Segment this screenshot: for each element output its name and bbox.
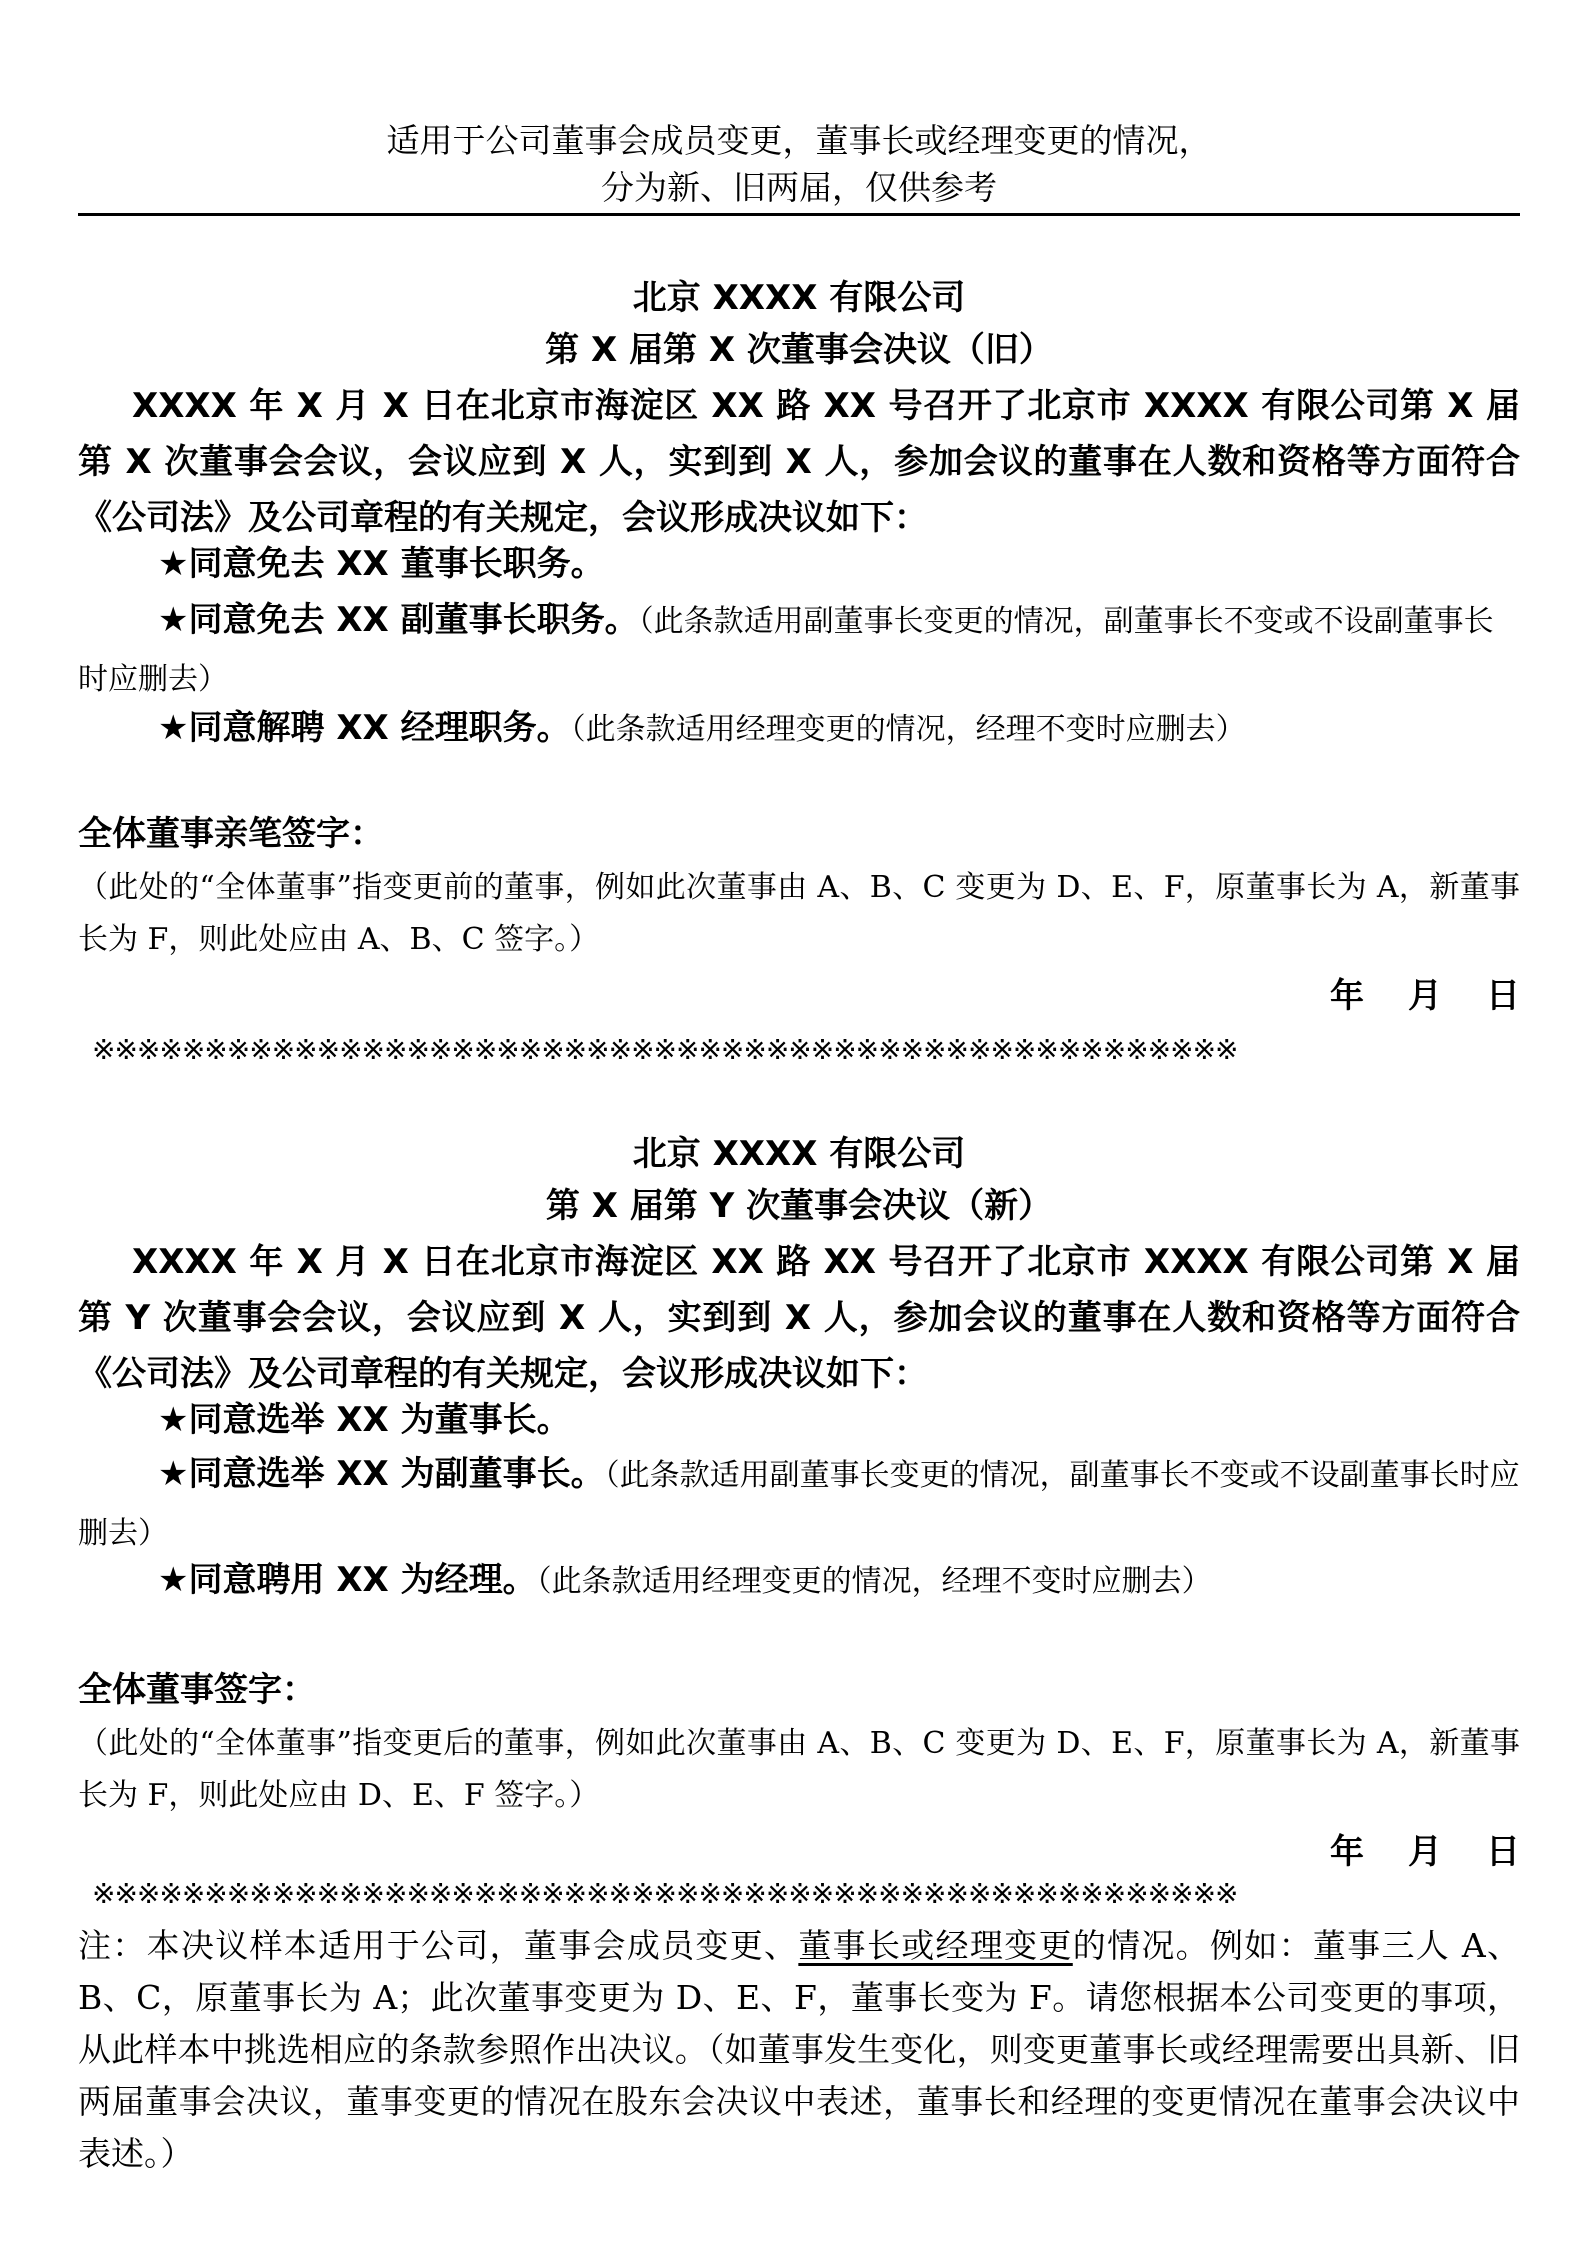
new-date-line: 年月日 xyxy=(1286,1826,1520,1878)
item-text: 同意解聘 XX 经理职务。 xyxy=(188,708,570,748)
star-icon: ★ xyxy=(158,1560,188,1600)
item-text: 同意聘用 XX 为经理。 xyxy=(188,1560,536,1600)
item-text: 同意选举 XX 为董事长。 xyxy=(188,1400,570,1440)
date-year: 年 xyxy=(1330,1826,1364,1878)
item-text: 同意免去 XX 副董事长职务。 xyxy=(188,600,638,640)
date-year: 年 xyxy=(1330,970,1364,1022)
section-separator: ※※※※※※※※※※※※※※※※※※※※※※※※※※※※※※※※※※※※※※※※… xyxy=(92,1028,1512,1072)
new-intro-paragraph: XXXX 年 X 月 X 日在北京市海淀区 XX 路 XX 号召开了北京市 XX… xyxy=(78,1234,1520,1402)
old-signature-label: 全体董事亲笔签字： xyxy=(78,808,384,860)
footnote-text-start: 注：本决议样本适用于公司，董事会成员变更、 xyxy=(78,1926,798,1965)
old-resolution-title: 第 X 届第 X 次董事会决议（旧） xyxy=(78,324,1520,376)
header-note-line2: 分为新、旧两届，仅供参考 xyxy=(78,163,1520,213)
date-day: 日 xyxy=(1486,1826,1520,1878)
old-intro-paragraph: XXXX 年 X 月 X 日在北京市海淀区 XX 路 XX 号召开了北京市 XX… xyxy=(78,378,1520,546)
new-item-2: ★同意选举 XX 为副董事长。（此条款适用副董事长变更的情况，副董事长不变或不设… xyxy=(78,1446,1520,1562)
new-company-name: 北京 XXXX 有限公司 xyxy=(78,1128,1520,1180)
item-text: 同意选举 XX 为副董事长。 xyxy=(188,1454,604,1494)
date-day: 日 xyxy=(1486,970,1520,1022)
section-separator: ※※※※※※※※※※※※※※※※※※※※※※※※※※※※※※※※※※※※※※※※… xyxy=(92,1872,1512,1916)
footnote: 注：本决议样本适用于公司，董事会成员变更、董事长或经理变更的情况。例如：董事三人… xyxy=(78,1920,1520,2180)
header-note-line1: 适用于公司董事会成员变更，董事长或经理变更的情况， xyxy=(78,116,1520,166)
date-month: 月 xyxy=(1408,1826,1442,1878)
old-date-line: 年月日 xyxy=(1286,970,1520,1022)
old-company-name: 北京 XXXX 有限公司 xyxy=(78,272,1520,324)
item-note: （此条款适用经理变更的情况，经理不变时应删去） xyxy=(537,1564,1212,1599)
date-month: 月 xyxy=(1408,970,1442,1022)
new-signature-label: 全体董事签字： xyxy=(78,1664,316,1716)
new-item-1: ★同意选举 XX 为董事长。 xyxy=(78,1392,1520,1448)
star-icon: ★ xyxy=(158,1400,188,1440)
item-note: （此条款适用经理变更的情况，经理不变时应删去） xyxy=(571,712,1246,747)
star-icon: ★ xyxy=(158,544,188,584)
star-icon: ★ xyxy=(158,600,188,640)
old-item-1: ★同意免去 XX 董事长职务。 xyxy=(78,536,1520,592)
star-icon: ★ xyxy=(158,708,188,748)
star-icon: ★ xyxy=(158,1454,188,1494)
item-text: 同意免去 XX 董事长职务。 xyxy=(188,544,604,584)
old-item-2: ★同意免去 XX 副董事长职务。（此条款适用副董事长变更的情况，副董事长不变或不… xyxy=(78,592,1520,708)
old-item-3: ★同意解聘 XX 经理职务。（此条款适用经理变更的情况，经理不变时应删去） xyxy=(78,700,1520,758)
footnote-underlined: 董事长或经理变更 xyxy=(798,1926,1072,1965)
new-signature-note: （此处的“全体董事”指变更后的董事，例如此次董事由 A、B、C 变更为 D、E、… xyxy=(78,1718,1520,1822)
new-resolution-title: 第 X 届第 Y 次董事会决议（新） xyxy=(78,1180,1520,1232)
new-item-3: ★同意聘用 XX 为经理。（此条款适用经理变更的情况，经理不变时应删去） xyxy=(78,1552,1520,1610)
header-divider xyxy=(78,213,1520,216)
old-signature-note: （此处的“全体董事”指变更前的董事，例如此次董事由 A、B、C 变更为 D、E、… xyxy=(78,862,1520,966)
